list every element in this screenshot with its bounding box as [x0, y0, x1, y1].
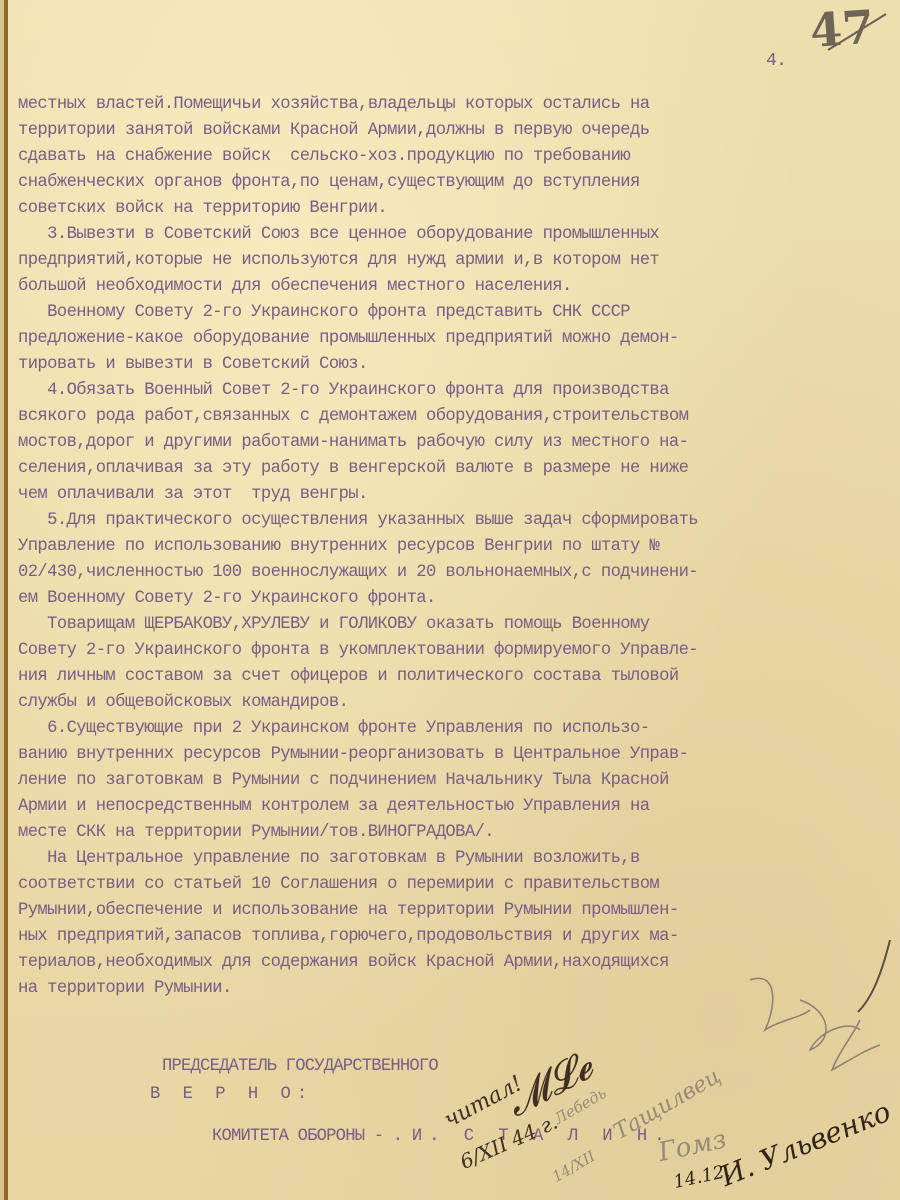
- page-binding-edge: [4, 0, 8, 1200]
- text-line: 3.Вывезти в Советский Союз все ценное об…: [18, 222, 659, 248]
- signatory-title-line2: КОМИТЕТА ОБОРОНЫ - . И. С Т А Л И Н.: [162, 1126, 672, 1152]
- text-line: предприятий,которые не используются для …: [18, 248, 659, 274]
- text-line: территории занятой войсками Красной Арми…: [18, 118, 649, 144]
- text-line: ванию внутренних ресурсов Румынии-реорга…: [18, 742, 688, 768]
- paragraph-p-4: 4.Обязать Военный Совет 2-го Украинского…: [18, 378, 688, 508]
- text-line: Армии и непосредственным контролем за де…: [18, 794, 688, 820]
- text-line: соответствии со статьей 10 Соглашения о …: [18, 872, 679, 898]
- pencil-scribble-signatures: [740, 940, 900, 1100]
- text-line: всякого рода работ,связанных с демонтаже…: [18, 404, 688, 430]
- text-line: мостов,дорог и другими работами-нанимать…: [18, 430, 688, 456]
- text-line: Румынии,обеспечение и использование на т…: [18, 898, 679, 924]
- paragraph-p-6: 6.Существующие при 2 Украинском фронте У…: [18, 716, 688, 846]
- text-line: местных властей.Помещичьи хозяйства,влад…: [18, 92, 649, 118]
- text-line: Совету 2-го Украинского фронта в укомпле…: [18, 638, 698, 664]
- text-line: чем оплачивали за этот труд венгры.: [18, 482, 688, 508]
- text-line: ных предприятий,запасов топлива,горючего…: [18, 924, 679, 950]
- paragraph-p-cont: местных властей.Помещичьи хозяйства,влад…: [18, 92, 649, 222]
- text-line: 5.Для практического осуществления указан…: [18, 508, 698, 534]
- certification-label: В Е Р Н О:: [150, 1082, 313, 1108]
- text-line: 02/430,численностью 100 военнослужащих и…: [18, 560, 698, 586]
- text-line: месте СКК на территории Румынии/тов.ВИНО…: [18, 820, 688, 846]
- paragraph-p-5: 5.Для практического осуществления указан…: [18, 508, 698, 612]
- text-line: ем Военному Совету 2-го Украинского фрон…: [18, 586, 698, 612]
- text-line: Военному Совету 2-го Украинского фронта …: [18, 300, 679, 326]
- text-line: ния личным составом за счет офицеров и п…: [18, 664, 698, 690]
- page-number: 4.: [766, 48, 786, 74]
- paragraph-p-6b: На Центральное управление по заготовкам …: [18, 846, 679, 1002]
- paragraph-p-3b: Военному Совету 2-го Украинского фронта …: [18, 300, 679, 378]
- text-line: службы и общевойсковых командиров.: [18, 690, 698, 716]
- text-line: на территории Румынии.: [18, 976, 679, 1002]
- text-line: большой необходимости для обеспечения ме…: [18, 274, 659, 300]
- text-line: селения,оплачивая за эту работу в венгер…: [18, 456, 688, 482]
- text-line: советских войск на территорию Венгрии.: [18, 196, 649, 222]
- text-line: ление по заготовкам в Румынии с подчинен…: [18, 768, 688, 794]
- text-line: тировать и вывезти в Советский Союз.: [18, 352, 679, 378]
- text-line: 6.Существующие при 2 Украинском фронте У…: [18, 716, 688, 742]
- text-line: 4.Обязать Военный Совет 2-го Украинского…: [18, 378, 688, 404]
- archive-sheet-strike: [820, 8, 890, 58]
- text-line: предложение-какое оборудование промышлен…: [18, 326, 679, 352]
- paragraph-p-5b: Товарищам ЩЕРБАКОВУ,ХРУЛЕВУ и ГОЛИКОВУ о…: [18, 612, 698, 716]
- text-line: снабженческих органов фронта,по ценам,су…: [18, 170, 649, 196]
- text-line: Товарищам ЩЕРБАКОВУ,ХРУЛЕВУ и ГОЛИКОВУ о…: [18, 612, 698, 638]
- text-line: На Центральное управление по заготовкам …: [18, 846, 679, 872]
- paragraph-p-3: 3.Вывезти в Советский Союз все ценное об…: [18, 222, 659, 300]
- text-line: сдавать на снабжение войск сельско-хоз.п…: [18, 144, 649, 170]
- signatory-title-prefix: КОМИТЕТА ОБОРОНЫ - .: [212, 1127, 412, 1146]
- text-line: териалов,необходимых для содержания войс…: [18, 950, 679, 976]
- text-line: Управление по использованию внутренних р…: [18, 534, 698, 560]
